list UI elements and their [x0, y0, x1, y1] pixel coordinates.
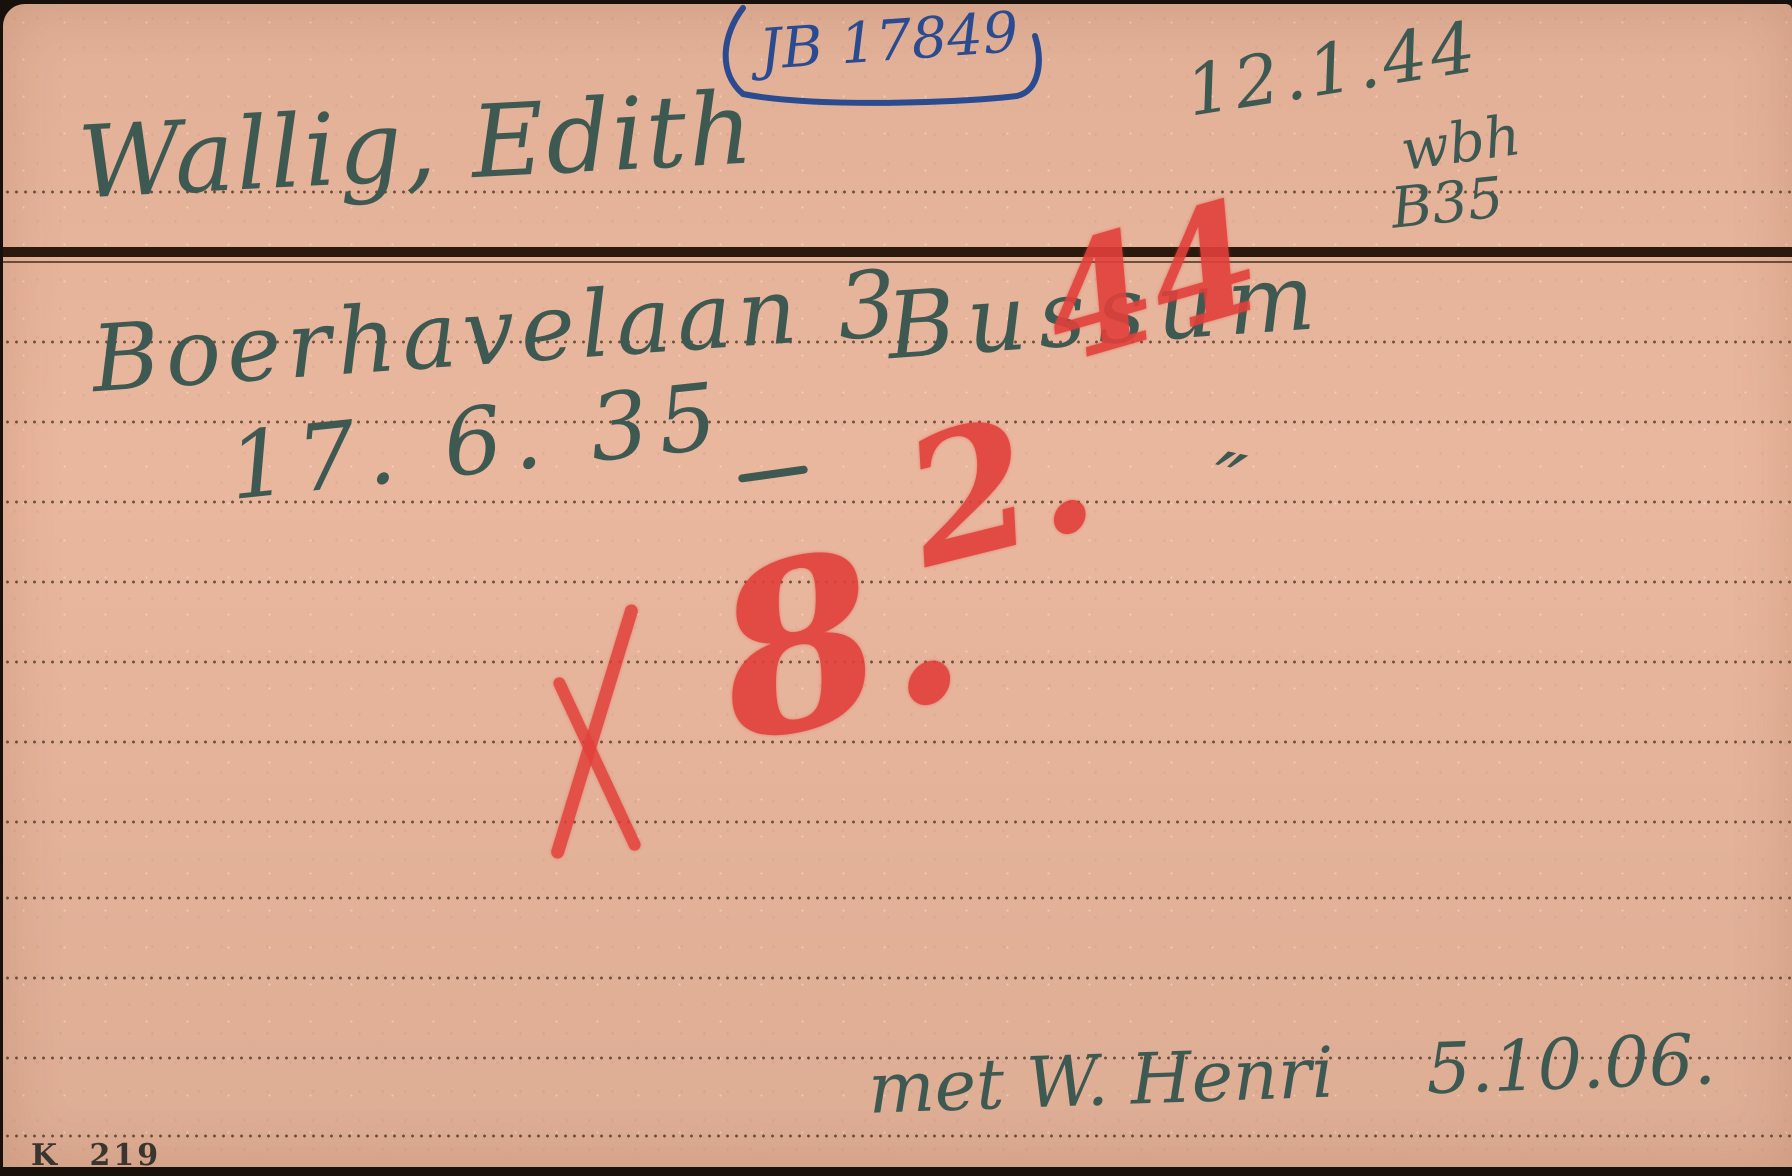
dotted-rule-line [3, 976, 1792, 980]
index-card: JB 17849 12.1.44 wbh B35 Wallig, Edith B… [3, 4, 1792, 1167]
card-date: 12.1.44 [1181, 11, 1484, 126]
relation-note-date: 5.10.06. [1425, 1018, 1717, 1110]
housing-code: B35 [1388, 170, 1506, 237]
form-code: K 219 [31, 1138, 161, 1173]
ink-flourish [738, 465, 808, 483]
bottom-note-line: met W. Henri 5.10.06. [867, 1024, 1717, 1124]
relation-note: met W. Henri [867, 1032, 1335, 1130]
street-address: Boerhavelaan 3 [89, 258, 906, 406]
scanned-index-card: JB 17849 12.1.44 wbh B35 Wallig, Edith B… [0, 0, 1792, 1176]
dotted-rule-line [3, 1134, 1792, 1138]
ditto-mark: ″ [1203, 440, 1251, 529]
dotted-rule-line [3, 820, 1792, 824]
dotted-rule-line [3, 896, 1792, 900]
